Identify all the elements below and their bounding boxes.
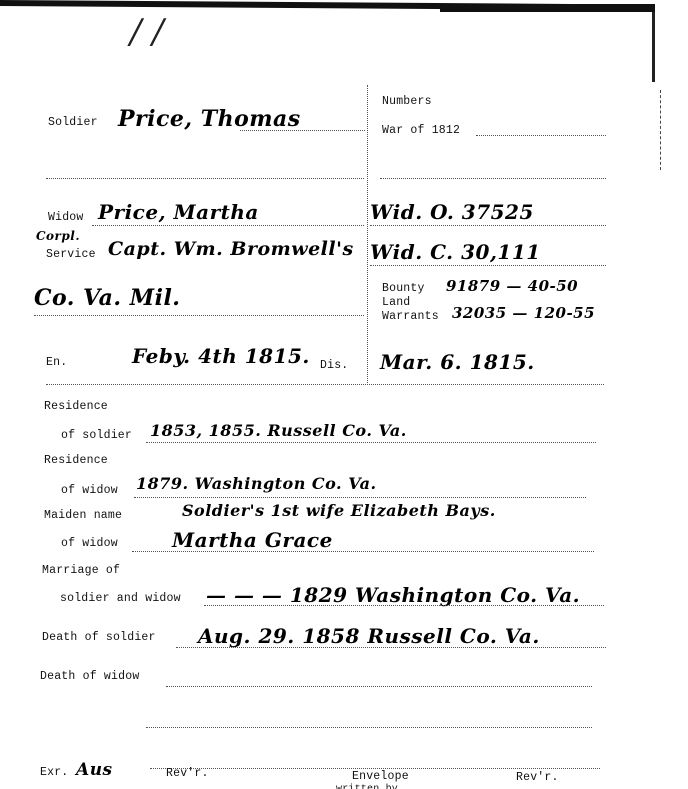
exr-label: Exr. bbox=[40, 766, 68, 779]
enlisted-value: Feby. 4th 1815. bbox=[132, 344, 310, 368]
death-soldier-line bbox=[176, 647, 606, 648]
land-label: Land bbox=[382, 296, 410, 309]
extra-line bbox=[146, 727, 592, 728]
pension-index-card: / / Soldier Price, Thomas Numbers War of… bbox=[0, 0, 688, 789]
numbers-extra-line bbox=[380, 178, 606, 179]
card-right-edge bbox=[652, 12, 655, 82]
residence-soldier-label: Residence bbox=[44, 400, 108, 413]
maiden-name-line bbox=[132, 551, 594, 552]
bounty-value-1: 91879 — 40-50 bbox=[446, 277, 578, 295]
warrants-label: Warrants bbox=[382, 310, 439, 323]
marriage-label-2: soldier and widow bbox=[60, 592, 181, 605]
service-dates-line bbox=[46, 384, 604, 385]
envelope-label: Envelope bbox=[352, 770, 409, 783]
maiden-name-note: Soldier's 1st wife Elizabeth Bays. bbox=[182, 501, 496, 520]
war-line bbox=[476, 135, 606, 136]
widow-number-2-line bbox=[370, 265, 606, 266]
service-value-line1: Capt. Wm. Bromwell's bbox=[108, 238, 354, 260]
column-divider bbox=[367, 85, 368, 385]
marriage-label: Marriage of bbox=[42, 564, 120, 577]
residence-soldier-value: 1853, 1855. Russell Co. Va. bbox=[150, 421, 407, 440]
maiden-name-label: Maiden name bbox=[44, 509, 122, 522]
soldier-label: Soldier bbox=[48, 116, 98, 129]
bounty-label: Bounty bbox=[382, 282, 425, 295]
discharged-value: Mar. 6. 1815. bbox=[380, 350, 535, 374]
widow-number-2: Wid. C. 30,111 bbox=[370, 240, 541, 264]
widow-number-1: Wid. O. 37525 bbox=[370, 200, 534, 224]
residence-widow-label-2: of widow bbox=[61, 484, 118, 497]
service-line bbox=[34, 315, 364, 316]
corner-mark: / / bbox=[130, 12, 164, 52]
death-widow-label: Death of widow bbox=[40, 670, 139, 683]
soldier-line bbox=[240, 130, 365, 131]
residence-soldier-line bbox=[146, 442, 596, 443]
discharged-label: Dis. bbox=[320, 359, 348, 372]
marriage-value: — — — 1829 Washington Co. Va. bbox=[206, 583, 580, 607]
residence-widow-value: 1879. Washington Co. Va. bbox=[136, 474, 377, 493]
residence-soldier-label-2: of soldier bbox=[61, 429, 132, 442]
revr-label: Rev'r. bbox=[166, 767, 209, 780]
war-label: War of 1812 bbox=[382, 124, 460, 137]
envelope-sub-label: written by bbox=[336, 784, 398, 789]
widow-value: Price, Martha bbox=[98, 200, 259, 224]
soldier-extra-line bbox=[46, 178, 364, 179]
maiden-name-label-2: of widow bbox=[61, 537, 118, 550]
bounty-value-2: 32035 — 120-55 bbox=[452, 304, 595, 322]
exr-initials: Aus bbox=[76, 760, 113, 780]
death-soldier-label: Death of soldier bbox=[42, 631, 156, 644]
widow-number-1-line bbox=[370, 225, 606, 226]
widow-line bbox=[92, 225, 364, 226]
revr2-label: Rev'r. bbox=[516, 771, 559, 784]
card-top-edge-fold bbox=[440, 4, 655, 12]
death-widow-line bbox=[166, 686, 592, 687]
service-value-line2: Co. Va. Mil. bbox=[34, 285, 180, 311]
residence-widow-line bbox=[134, 497, 586, 498]
death-soldier-value: Aug. 29. 1858 Russell Co. Va. bbox=[198, 624, 540, 648]
service-annotation: Corpl. bbox=[36, 229, 80, 243]
footer-line bbox=[150, 768, 600, 769]
enlisted-label: En. bbox=[46, 356, 67, 369]
widow-label: Widow bbox=[48, 211, 84, 224]
card-right-dashes bbox=[660, 90, 662, 170]
maiden-name-value: Martha Grace bbox=[172, 528, 333, 552]
service-label: Service bbox=[46, 248, 96, 261]
marriage-line bbox=[204, 605, 604, 606]
soldier-value: Price, Thomas bbox=[118, 106, 301, 132]
residence-widow-label: Residence bbox=[44, 454, 108, 467]
numbers-label: Numbers bbox=[382, 95, 432, 108]
